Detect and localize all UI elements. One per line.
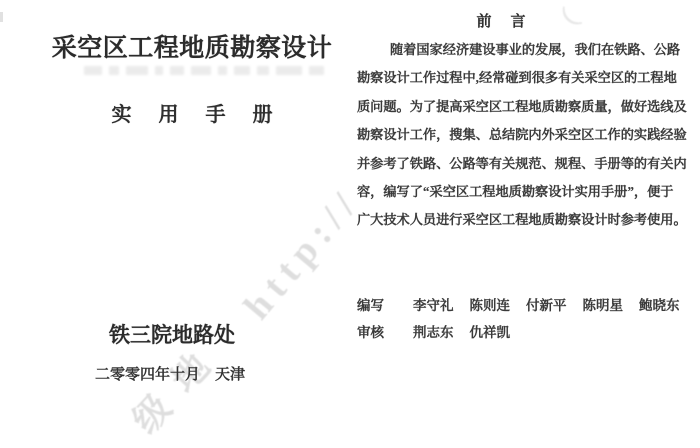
- publisher-name: 铁三院地路处: [0, 319, 344, 349]
- preface-line: 勘察设计工作，搜集、总结院内外采空区工作的实践经验: [357, 121, 673, 149]
- preface-line: 随着国家经济建设事业的发展，我们在铁路、公路: [357, 36, 673, 64]
- credit-label: 审核: [357, 321, 384, 341]
- preface-line: 质问题。为了提高采空区工程地质勘察质量，做好选线及: [357, 93, 673, 121]
- author-name: 付新平: [526, 294, 567, 314]
- author-name: 李守礼: [413, 294, 454, 314]
- bleed-through-artifact: [84, 63, 340, 77]
- credit-row-authors: 编写 李守礼 陈则连 付新平 陈明星 鲍晓东: [357, 290, 687, 317]
- preface-line: 并参考了铁路、公路等有关规范、规程、手册等的有关内: [357, 150, 673, 178]
- author-name: 鲍晓东: [639, 294, 680, 314]
- preface-section: 前 言 随着国家经济建设事业的发展，我们在铁路、公路 勘察设计工作过程中,经常碰…: [357, 10, 673, 235]
- book-title: 采空区工程地质勘察设计: [0, 28, 384, 64]
- credit-row-reviewers: 审核 荆志东 仇祥凯: [357, 317, 687, 344]
- book-subtitle: 实用手册: [0, 98, 384, 127]
- author-name: 陈则连: [470, 294, 511, 314]
- scanned-book-page: 级地 http:// （ 采空区工程地质勘察设计 实用手册 铁三院地路处 二零零…: [0, 0, 700, 448]
- scan-edge-artifact: [0, 12, 3, 22]
- watermark-url: http://: [235, 179, 370, 328]
- reviewer-name: 荆志东: [413, 321, 454, 341]
- preface-line: 广大技术人员进行采空区工程地质勘察设计时参考使用。: [357, 206, 673, 234]
- reviewer-name: 仇祥凯: [470, 321, 511, 341]
- credit-label: 编写: [357, 294, 384, 314]
- publication-date-place: 二零零四年十月 天津: [0, 363, 340, 384]
- author-name: 陈明星: [583, 294, 624, 314]
- preface-heading: 前 言: [357, 10, 647, 31]
- preface-paragraph: 随着国家经济建设事业的发展，我们在铁路、公路 勘察设计工作过程中,经常碰到很多有…: [357, 36, 673, 235]
- credits-block: 编写 李守礼 陈则连 付新平 陈明星 鲍晓东 审核 荆志东 仇祥凯: [357, 290, 687, 344]
- preface-line: 勘察设计工作过程中,经常碰到很多有关采空区的工程地: [357, 64, 673, 92]
- preface-line: 容，编写了“采空区工程地质勘察设计实用手册”，便于: [357, 178, 673, 206]
